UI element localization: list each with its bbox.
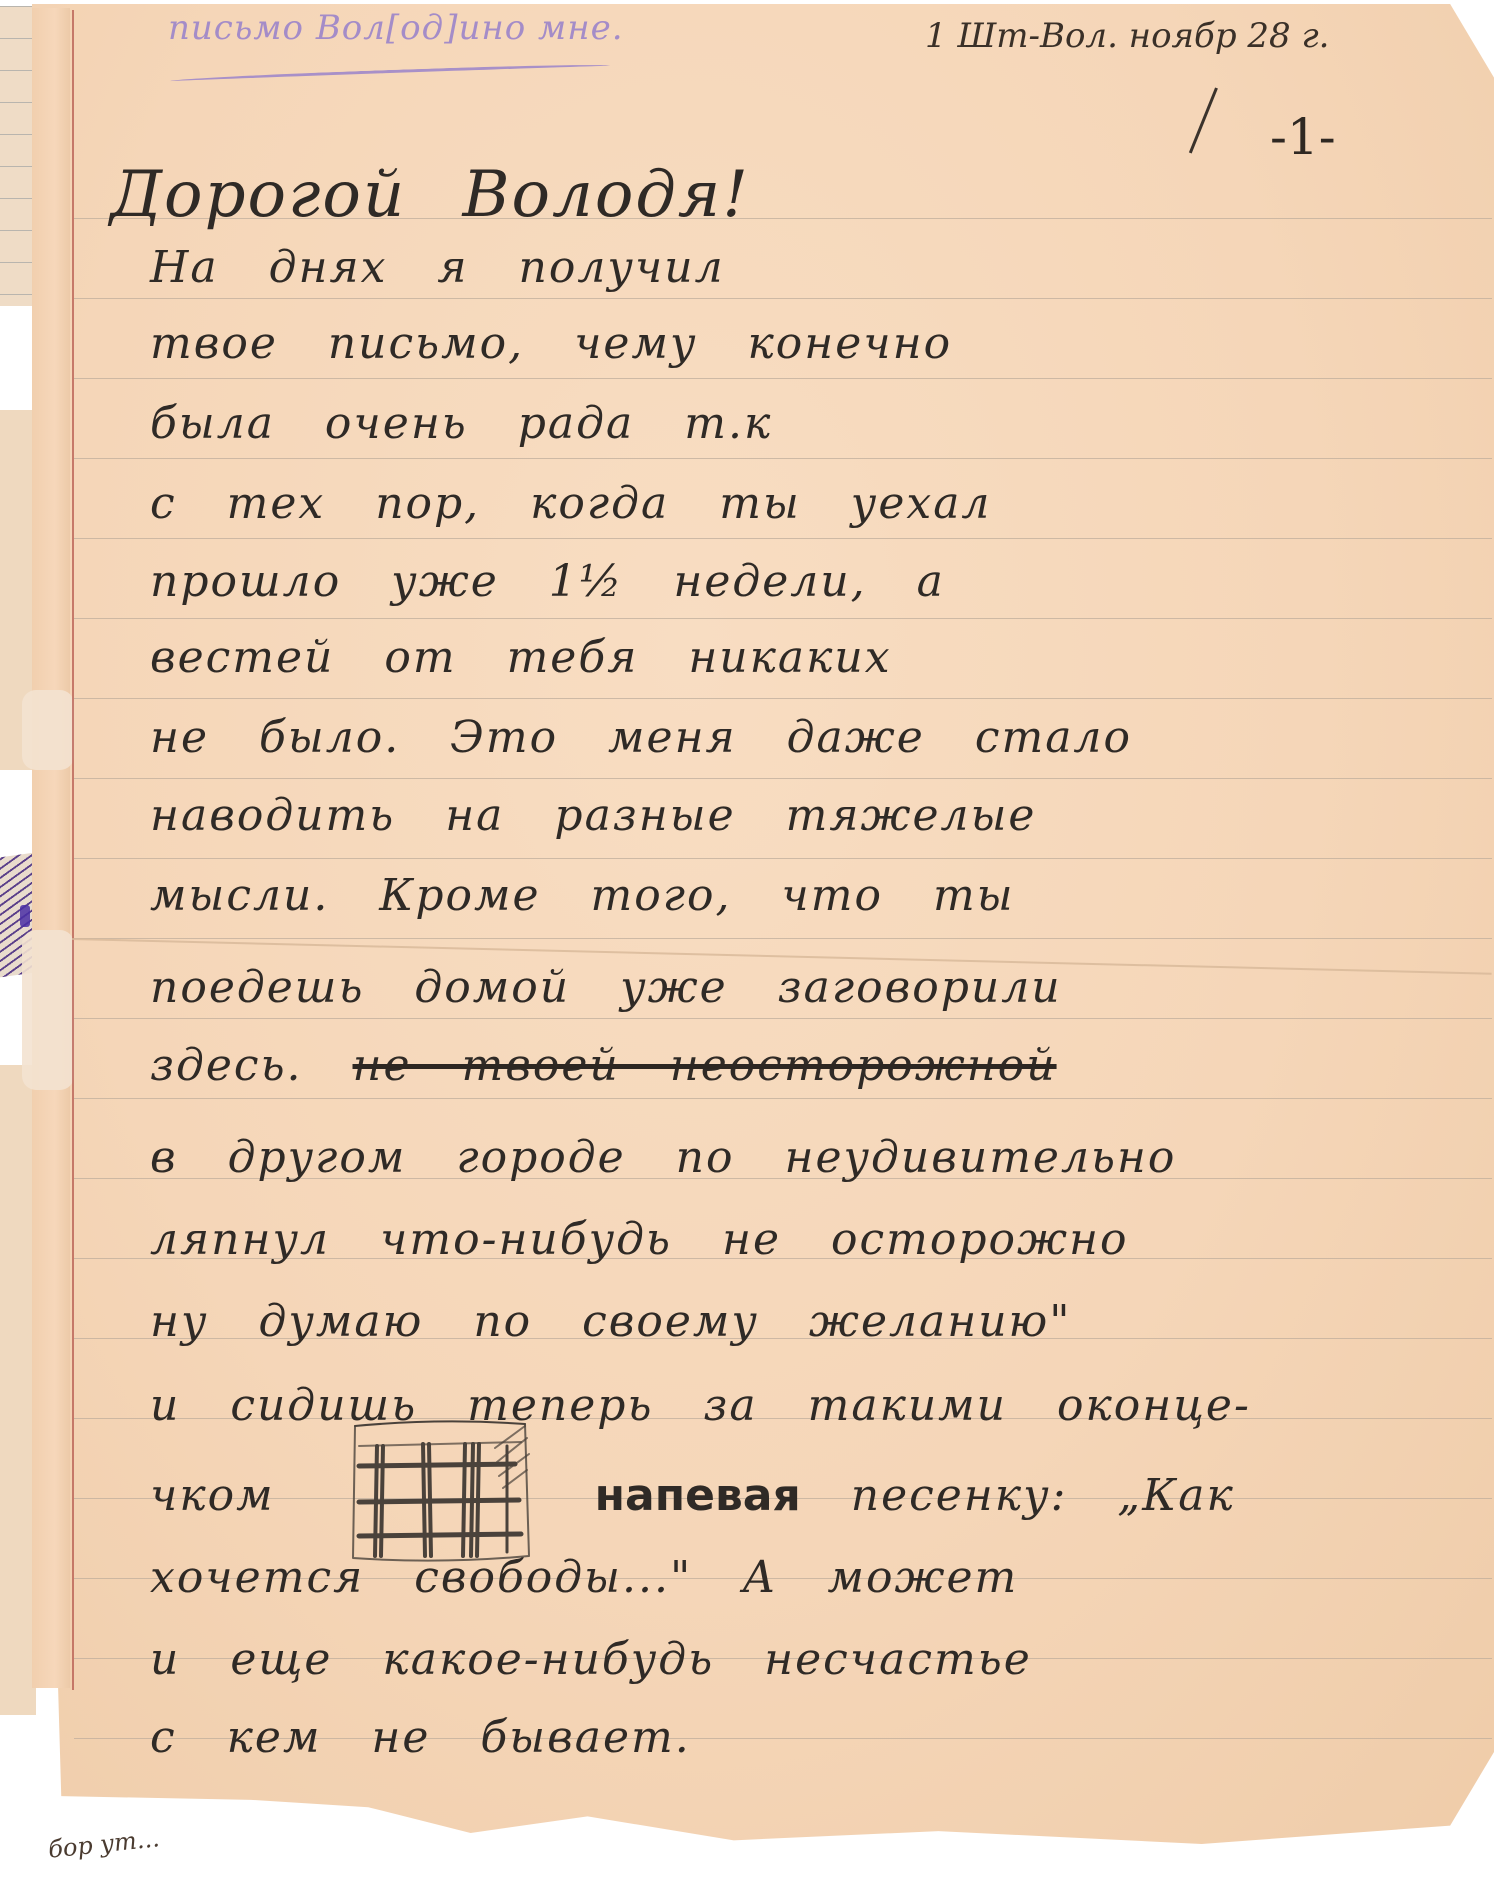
- letter-line: ну думаю по своему желанию": [150, 1296, 1460, 1347]
- ruled-line: [74, 698, 1492, 699]
- ruled-line: [74, 938, 1492, 939]
- ruled-line: [74, 618, 1492, 619]
- folded-left-edge: [32, 8, 70, 1688]
- letter-line: наводить на разные тяжелые: [150, 790, 1460, 841]
- letter-line-text: была очень рада т.к: [150, 398, 772, 449]
- ruled-line: [74, 298, 1492, 299]
- ruled-line: [74, 538, 1492, 539]
- letter-line: не было. Это меня даже стало: [150, 712, 1460, 763]
- letter-line-text: песенку: „Как: [851, 1470, 1235, 1521]
- underlying-sheet-scrap-lower: [0, 1065, 36, 1715]
- letter-line: с кем не бывает.: [150, 1712, 1460, 1763]
- letter-line: была очень рада т.к: [150, 398, 1460, 449]
- letter-line: твое письмо, чему конечно: [150, 318, 1460, 369]
- letter-line-text: чком: [150, 1470, 275, 1521]
- letter-line: прошло уже 1½ недели, а: [150, 556, 1460, 607]
- ruled-line: [74, 1018, 1492, 1019]
- paper-repair-patch: [22, 690, 74, 770]
- letter-line: поедешь домой уже заговорили: [150, 962, 1460, 1013]
- ruled-line: [74, 378, 1492, 379]
- emphasized-word: напевая: [595, 1470, 801, 1521]
- window-grating-sketch: [345, 1418, 535, 1568]
- letter-line: На днях я получил: [150, 242, 1460, 293]
- stamp-ink-mark: [20, 905, 30, 927]
- ruled-line: [74, 778, 1492, 779]
- struck-out-text: не твоей неосторожной: [353, 1040, 1057, 1091]
- letter-line: мысли. Кроме того, что ты: [150, 870, 1460, 921]
- torn-fragment-writing: бор ут...: [47, 1824, 161, 1864]
- letter-line-text: здесь.: [150, 1040, 303, 1091]
- letter-line: вестей от тебя никаких: [150, 632, 1460, 683]
- letter-line-with-strikeout: здесь. не твоей неосторожной: [150, 1040, 1460, 1091]
- letter-line: с тех пор, когда ты уехал: [150, 478, 1460, 529]
- letter-line: в другом городе по неудивительно: [150, 1132, 1460, 1183]
- pencil-note: письмо Вол[од]ино мне.: [168, 8, 624, 48]
- letter-line: ляпнул что-нибудь не осторожно: [150, 1214, 1460, 1265]
- paper-repair-patch: [22, 930, 74, 1090]
- date-line: 1 Шт-Вол. ноябр 28 г.: [925, 16, 1329, 56]
- margin-line: [72, 10, 74, 1690]
- salutation: Дорогой Володя!: [110, 158, 1460, 232]
- ruled-line: [74, 858, 1492, 859]
- ruled-line: [74, 458, 1492, 459]
- letter-line: и еще какое-нибудь несчастье: [150, 1634, 1460, 1685]
- ruled-line: [74, 1098, 1492, 1099]
